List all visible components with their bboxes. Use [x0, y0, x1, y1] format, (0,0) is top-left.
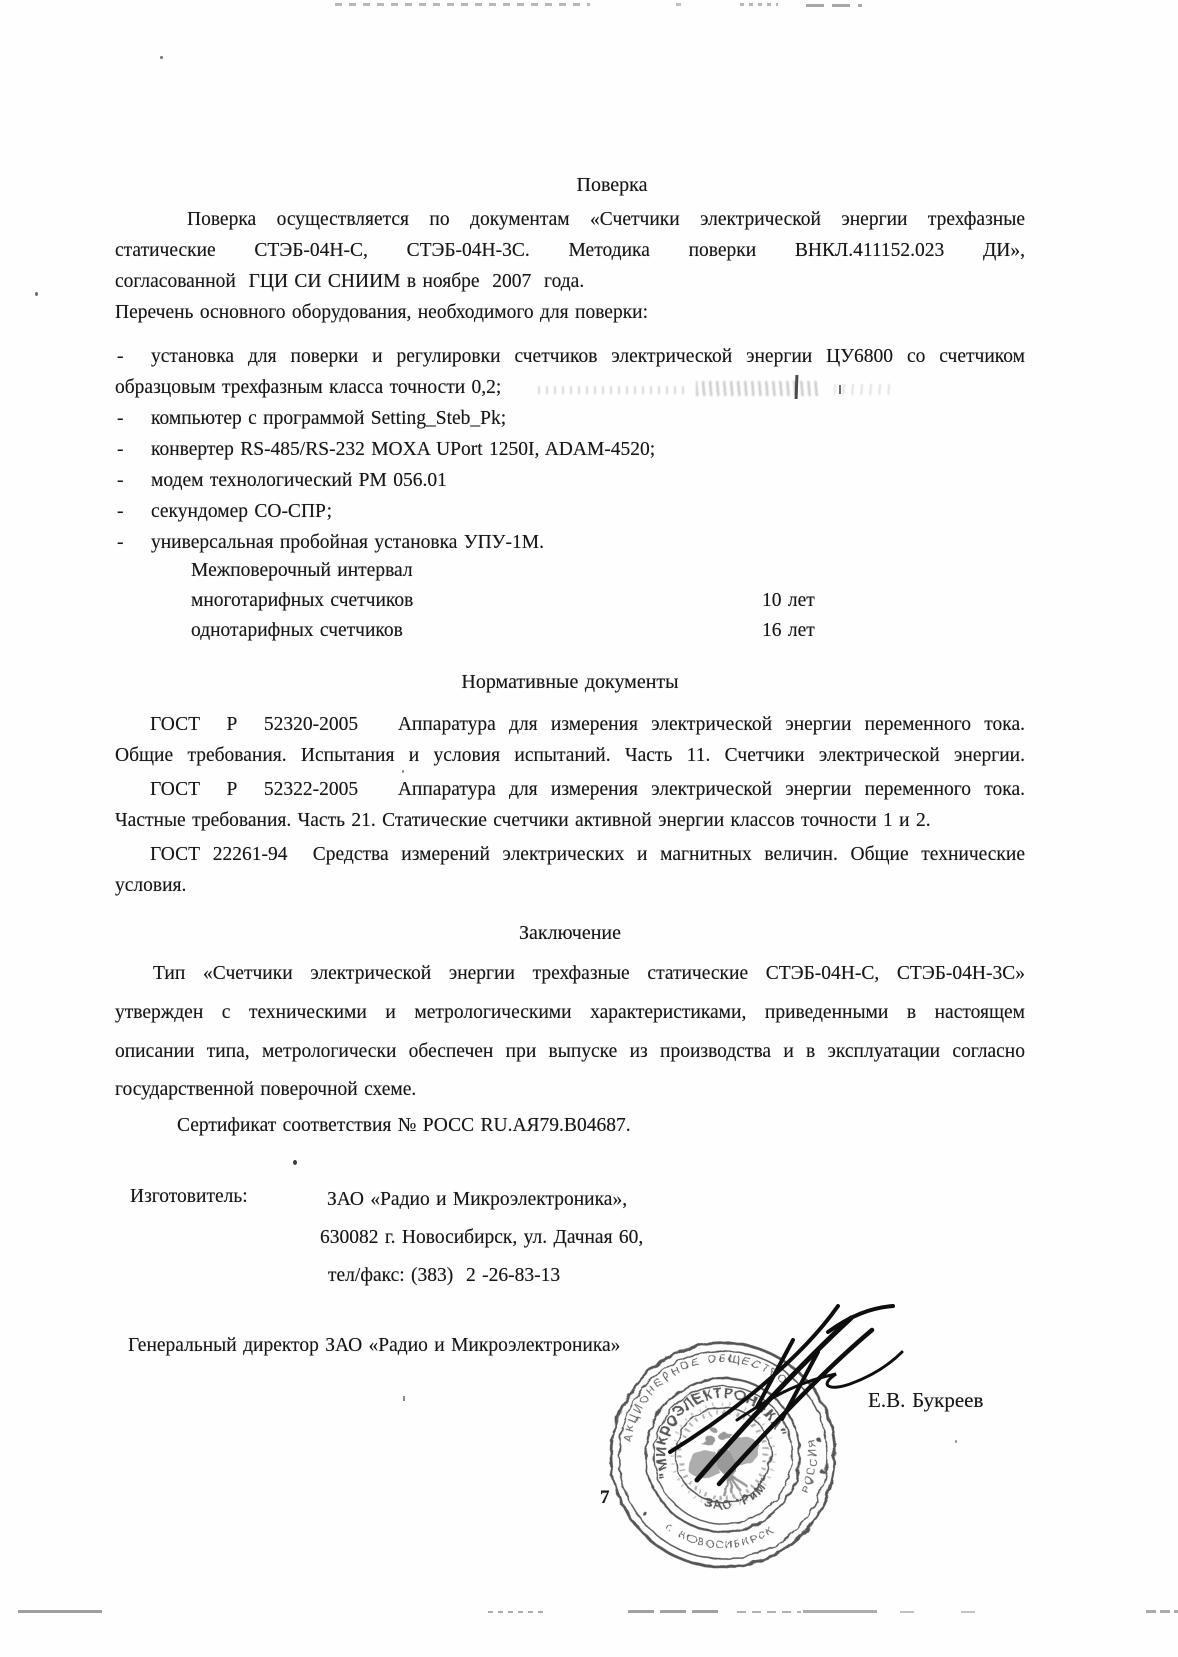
- scan-artifact-top-dashes: [676, 3, 681, 6]
- manufacturer-label: Изготовитель:: [130, 1181, 248, 1212]
- paragraph-line: Частные требования. Часть 21. Статически…: [115, 806, 1025, 837]
- gost-paragraph: ГОСТ Р 52320-2005 Аппаратура для измерен…: [115, 710, 1025, 771]
- scan-artifact-top-dashes: [335, 3, 590, 6]
- paragraph-line: условия.: [115, 871, 1025, 902]
- list-item: -универсальная пробойная установка УПУ-1…: [115, 527, 1025, 558]
- list-item-text: универсальная пробойная установка УПУ-1М…: [151, 532, 544, 553]
- interval-value: 16 лет: [762, 616, 815, 646]
- paragraph-line: Общие требования. Испытания и условия ис…: [115, 741, 1025, 772]
- list-item-text: компьютер с программой Setting_Steb_Pk;: [151, 408, 506, 429]
- scan-artifact-bottom-dashes: [900, 1611, 914, 1613]
- interval-label: многотарифных счетчиков: [191, 590, 413, 611]
- list-dash: -: [117, 341, 124, 372]
- interval-value: 10 лет: [762, 586, 815, 616]
- section-title-poverka: Поверка: [157, 174, 1067, 197]
- section-title-conclusion: Заключение: [115, 922, 1025, 945]
- scan-artifact-bottom-dashes: [628, 1610, 720, 1613]
- manufacturer-address: 630082 г. Новосибирск, ул. Дачная 60,: [320, 1219, 880, 1257]
- conclusion-paragraph: Тип «Счетчики электрической энергии трех…: [115, 955, 1025, 1110]
- paragraph-line: Тип «Счетчики электрической энергии трех…: [115, 955, 1025, 994]
- scan-artifact-bottom-dashes: [488, 1611, 546, 1613]
- section-title-normative: Нормативные документы: [115, 671, 1025, 694]
- scan-artifact-top-dashes: [806, 4, 862, 7]
- scan-speck: [403, 1396, 405, 1401]
- paragraph-line: ГОСТ Р 52322-2005 Аппаратура для измерен…: [115, 775, 1025, 806]
- scan-artifact-top-dashes: [740, 3, 778, 6]
- list-item: -компьютер с программой Setting_Steb_Pk;: [115, 403, 1025, 434]
- paragraph-line: ГОСТ 22261-94 Средства измерений электри…: [115, 840, 1025, 871]
- scan-artifact-bottom-dashes: [18, 1610, 102, 1613]
- certificate-line: Сертификат соответствия № РОСС RU.АЯ79.В…: [177, 1110, 631, 1141]
- list-item-text: конвертер RS-485/RS-232 MOXA UPort 1250I…: [151, 439, 655, 460]
- normative-paragraphs: ГОСТ Р 52320-2005 Аппаратура для измерен…: [115, 710, 1025, 905]
- paragraph-line: ГОСТ Р 52320-2005 Аппаратура для измерен…: [115, 710, 1025, 741]
- round-stamp: АКЦИОНЕРНОЕ ОБЩЕСТВО г. НОВОСИБИРСК РОСС…: [579, 1311, 866, 1598]
- list-item-text: установка для поверки и регулировки счет…: [151, 346, 1025, 367]
- document-page: Поверка Поверка осуществляется по докуме…: [0, 0, 1178, 1657]
- scan-artifact-bottom-dashes: [803, 1610, 877, 1613]
- interval-block: Межповерочный интервал многотарифных сче…: [191, 556, 1025, 646]
- list-item: -конвертер RS-485/RS-232 MOXA UPort 1250…: [115, 434, 1025, 465]
- list-dash: -: [117, 527, 124, 558]
- stamp-and-signature: АКЦИОНЕРНОЕ ОБЩЕСТВО г. НОВОСИБИРСК РОСС…: [555, 1275, 1015, 1605]
- paragraph-line: согласованной ГЦИ СИ СНИИМ в ноябре 2007…: [115, 266, 1025, 297]
- scan-artifact-bottom-dashes: [1146, 1610, 1178, 1613]
- equipment-list-intro: Перечень основного оборудования, необход…: [115, 297, 1025, 328]
- interval-row: многотарифных счетчиков 10 лет: [191, 586, 1025, 616]
- gost-paragraph: ГОСТ 22261-94 Средства измерений электри…: [115, 840, 1025, 901]
- list-dash: -: [117, 465, 124, 496]
- list-item-text: модем технологический РМ 056.01: [151, 470, 447, 491]
- list-dash: -: [117, 434, 124, 465]
- scan-speck: [160, 56, 163, 59]
- interval-row: однотарифных счетчиков 16 лет: [191, 616, 1025, 646]
- manufacturer-name: ЗАО «Радио и Микроэлектроника»,: [320, 1181, 880, 1219]
- stamp-dot: [641, 1511, 647, 1517]
- scan-speck: [293, 1160, 297, 1165]
- list-dash: -: [117, 496, 124, 527]
- list-dash: -: [117, 403, 124, 434]
- list-item: -установка для поверки и регулировки сче…: [115, 341, 1025, 372]
- scan-speck: [35, 292, 38, 296]
- paragraph-line: статические СТЭБ-04Н-С, СТЭБ-04Н-3С. Мет…: [115, 235, 1025, 266]
- paragraph-line: утвержден с техническими и метрологическ…: [115, 994, 1025, 1033]
- scan-artifact-bottom-dashes: [961, 1611, 975, 1613]
- list-item-continuation: образцовым трехфазным класса точности 0,…: [115, 372, 1025, 403]
- paragraph-line: описании типа, метрологически обеспечен …: [115, 1033, 1025, 1072]
- paragraph-line: государственной поверочной схеме.: [115, 1071, 1025, 1110]
- paragraph-line: Поверка осуществляется по документам «Сч…: [115, 204, 1025, 235]
- list-item-text: секундомер СО-СПР;: [151, 501, 332, 522]
- equipment-list: -установка для поверки и регулировки сче…: [115, 341, 1025, 558]
- list-item: -модем технологический РМ 056.01: [115, 465, 1025, 496]
- gost-paragraph: ГОСТ Р 52322-2005 Аппаратура для измерен…: [115, 775, 1025, 836]
- interval-label: однотарифных счетчиков: [191, 620, 403, 641]
- list-item: -секундомер СО-СПР;: [115, 496, 1025, 527]
- paragraph-poverka: Поверка осуществляется по документам «Сч…: [115, 204, 1025, 297]
- scan-artifact-bottom-dashes: [737, 1611, 801, 1613]
- interval-title: Межповерочный интервал: [191, 556, 1025, 586]
